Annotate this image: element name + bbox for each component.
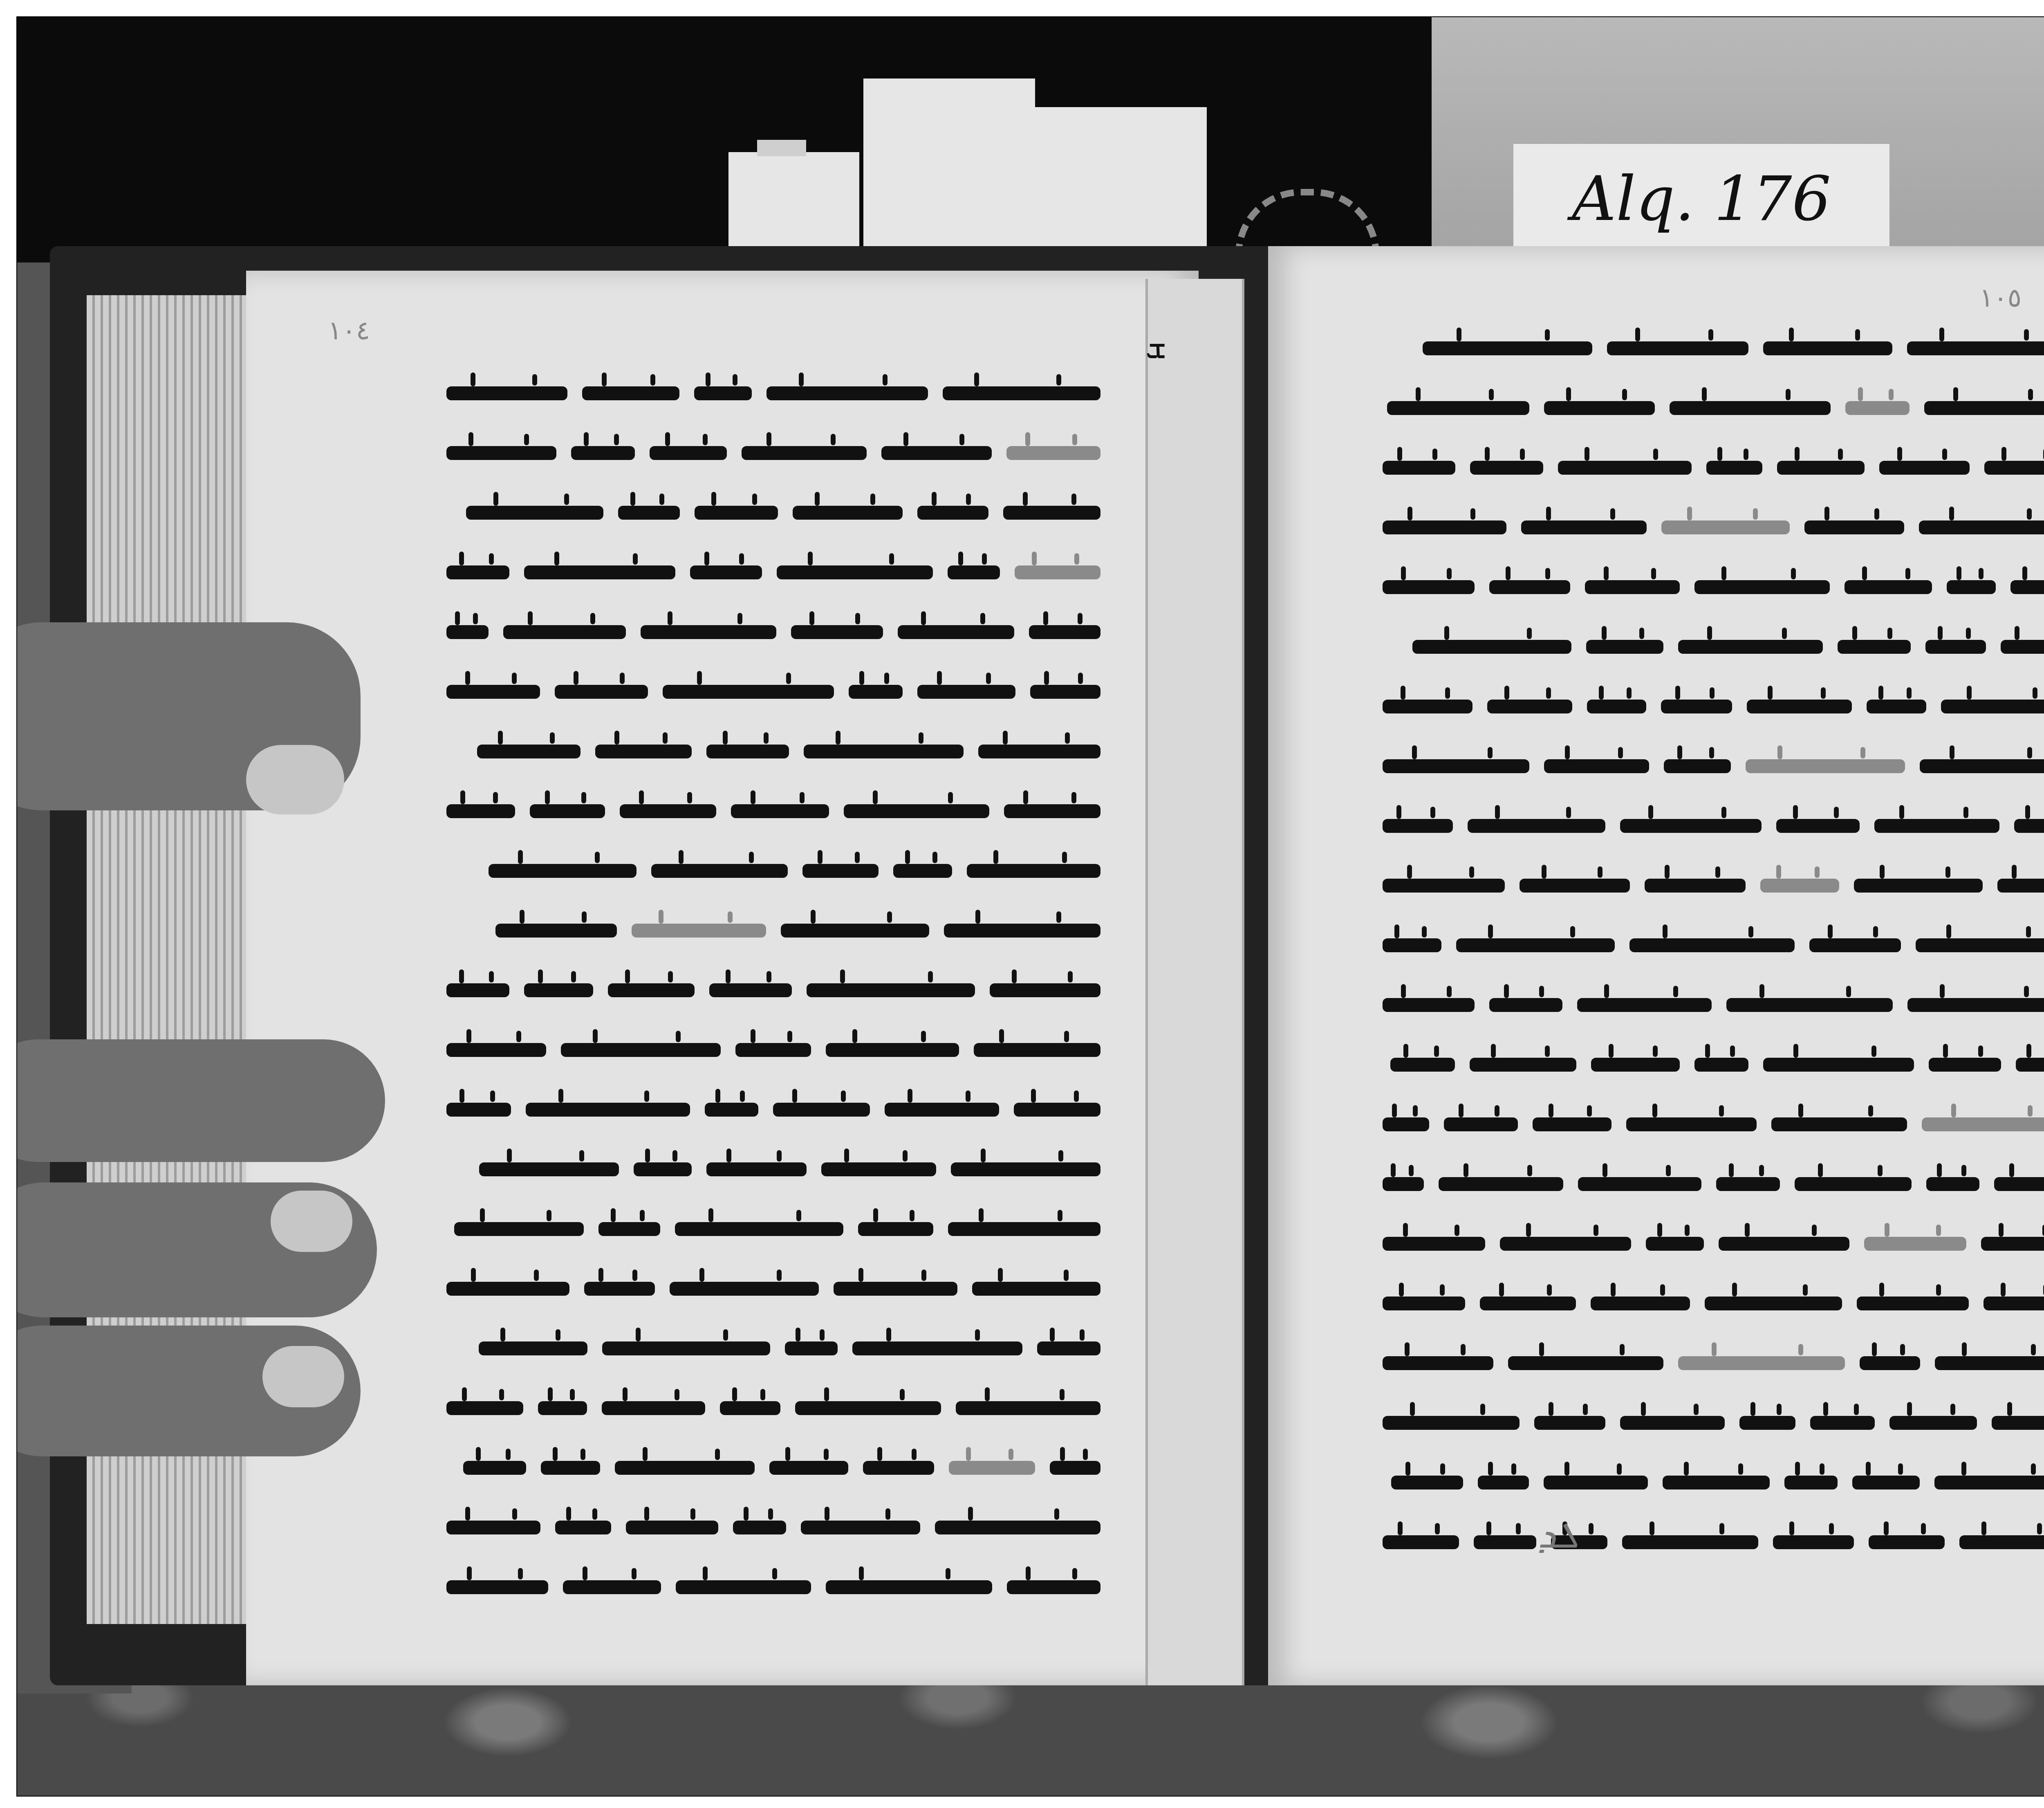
ink-word bbox=[618, 506, 680, 520]
ink-word bbox=[1869, 1535, 1945, 1549]
left-folio-number: ١٠٤ bbox=[328, 316, 370, 346]
ink-word bbox=[446, 685, 540, 699]
ink-word bbox=[615, 1461, 755, 1475]
ink-word bbox=[948, 1222, 1100, 1236]
ink-word bbox=[479, 1341, 587, 1355]
ink-word bbox=[1383, 700, 1472, 713]
quire-mark: ܠܕ bbox=[1538, 1514, 1579, 1557]
ink-word bbox=[1661, 700, 1732, 713]
ink-word bbox=[1941, 700, 2044, 713]
ink-word bbox=[1860, 1356, 1920, 1370]
ink-word bbox=[1784, 1476, 1838, 1489]
ink-word bbox=[935, 1521, 1100, 1534]
ink-word bbox=[1935, 1356, 2044, 1370]
ink-word bbox=[1480, 1297, 1576, 1310]
ink-word bbox=[706, 745, 789, 758]
manuscript-line bbox=[430, 914, 1100, 947]
ink-word bbox=[885, 1103, 999, 1117]
ink-word bbox=[1771, 1117, 1907, 1131]
ink-word bbox=[1544, 759, 1649, 773]
manuscript-line bbox=[430, 1153, 1100, 1186]
ink-word bbox=[670, 1282, 819, 1296]
gutter-guard-strip bbox=[1145, 279, 1244, 1685]
ink-word bbox=[1470, 461, 1543, 475]
rubric-word bbox=[1006, 446, 1100, 460]
ink-word bbox=[705, 1103, 758, 1117]
ink-word bbox=[1947, 580, 1996, 594]
ink-word bbox=[555, 1521, 611, 1534]
rubric-word bbox=[1864, 1237, 1966, 1251]
ink-word bbox=[1678, 640, 1823, 654]
ink-word bbox=[948, 565, 1000, 579]
manuscript-line bbox=[1366, 630, 2044, 663]
ink-word bbox=[1925, 640, 1986, 654]
ink-word bbox=[974, 1043, 1100, 1057]
paper-slip bbox=[1035, 107, 1207, 258]
manuscript-line bbox=[430, 616, 1100, 648]
ink-word bbox=[978, 745, 1100, 758]
ink-word bbox=[2010, 580, 2044, 594]
manuscript-line bbox=[430, 1272, 1100, 1305]
left-text-block bbox=[430, 377, 1100, 1631]
ink-word bbox=[1620, 819, 1762, 833]
shelfmark-text: Alq. 176 bbox=[1572, 164, 1831, 235]
ink-word bbox=[477, 745, 580, 758]
manuscript-line bbox=[1366, 1526, 2044, 1559]
ink-word bbox=[1620, 1416, 1725, 1430]
ink-word bbox=[1004, 804, 1100, 818]
ink-word bbox=[602, 1401, 705, 1415]
rubric-word bbox=[632, 924, 766, 938]
manuscript-line bbox=[430, 1392, 1100, 1424]
manuscript-line bbox=[1366, 869, 2044, 902]
ink-word bbox=[454, 1222, 584, 1236]
ink-word bbox=[1586, 640, 1663, 654]
ink-word bbox=[1705, 1297, 1842, 1310]
ink-word bbox=[524, 565, 675, 579]
ink-word bbox=[695, 506, 778, 520]
ink-word bbox=[720, 1401, 780, 1415]
manuscript-line bbox=[1366, 750, 2044, 783]
ink-word bbox=[1578, 1177, 1701, 1191]
rubric-word bbox=[1661, 520, 1790, 534]
ink-word bbox=[1456, 938, 1615, 952]
ink-word bbox=[1874, 819, 1999, 833]
manuscript-line bbox=[430, 1332, 1100, 1365]
ink-word bbox=[802, 864, 879, 878]
ink-word bbox=[1983, 1297, 2044, 1310]
ink-word bbox=[1591, 1058, 1680, 1072]
ink-word bbox=[917, 506, 988, 520]
ink-word bbox=[1916, 938, 2044, 952]
ink-word bbox=[849, 685, 903, 699]
ink-word bbox=[1487, 700, 1572, 713]
ink-word bbox=[1470, 1058, 1576, 1072]
ink-word bbox=[1907, 341, 2044, 355]
rubric-word bbox=[1746, 759, 1905, 773]
ink-word bbox=[1810, 1416, 1875, 1430]
ink-word bbox=[1694, 580, 1830, 594]
manuscript-line bbox=[430, 974, 1100, 1007]
ink-word bbox=[1037, 1341, 1100, 1355]
ink-word bbox=[1558, 461, 1692, 475]
manuscript-line bbox=[430, 855, 1100, 887]
ink-word bbox=[1383, 520, 1506, 534]
ink-word bbox=[731, 804, 829, 818]
ink-word bbox=[773, 1103, 870, 1117]
ink-word bbox=[1383, 759, 1529, 773]
ink-word bbox=[1520, 879, 1630, 893]
ink-word bbox=[1777, 461, 1865, 475]
ink-word bbox=[1867, 700, 1926, 713]
ink-word bbox=[1804, 520, 1904, 534]
ink-word bbox=[584, 1282, 655, 1296]
ink-word bbox=[1383, 879, 1505, 893]
ink-word bbox=[1994, 1177, 2044, 1191]
ink-word bbox=[524, 983, 593, 997]
paper-slip bbox=[728, 152, 859, 258]
ink-word bbox=[526, 1103, 690, 1117]
ink-word bbox=[2014, 819, 2044, 833]
ink-word bbox=[1577, 998, 1712, 1012]
ink-word bbox=[446, 1282, 569, 1296]
manuscript-line bbox=[1366, 511, 2044, 544]
ink-word bbox=[990, 983, 1100, 997]
ink-word bbox=[663, 685, 834, 699]
ink-word bbox=[1391, 1476, 1463, 1489]
ink-word bbox=[479, 1162, 619, 1176]
ink-word bbox=[694, 386, 752, 400]
ink-word bbox=[651, 864, 788, 878]
ink-word bbox=[1706, 461, 1762, 475]
ink-word bbox=[795, 1401, 941, 1415]
ink-word bbox=[1587, 700, 1646, 713]
ink-word bbox=[1694, 1058, 1748, 1072]
rubric-word bbox=[1678, 1356, 1845, 1370]
ink-word bbox=[1412, 640, 1571, 654]
ink-word bbox=[1646, 1237, 1704, 1251]
ink-word bbox=[1929, 1058, 2001, 1072]
ink-word bbox=[1383, 1297, 1465, 1310]
ink-word bbox=[893, 864, 952, 878]
ink-word bbox=[777, 565, 933, 579]
ink-word bbox=[1383, 819, 1453, 833]
ink-word bbox=[571, 446, 635, 460]
manuscript-line bbox=[430, 496, 1100, 529]
ink-word bbox=[1544, 1476, 1648, 1489]
ink-word bbox=[598, 1222, 660, 1236]
ink-word bbox=[1934, 1476, 2044, 1489]
ink-word bbox=[1997, 879, 2044, 893]
ink-word bbox=[1726, 998, 1893, 1012]
ink-word bbox=[563, 1580, 661, 1594]
ink-word bbox=[1383, 938, 1441, 952]
ink-word bbox=[582, 386, 679, 400]
ink-word bbox=[1809, 938, 1901, 952]
ink-word bbox=[917, 685, 1015, 699]
rubric-word bbox=[1015, 565, 1100, 579]
ink-word bbox=[898, 625, 1014, 639]
ink-word bbox=[675, 1222, 843, 1236]
ink-word bbox=[844, 804, 989, 818]
ink-word bbox=[1444, 1117, 1518, 1131]
ink-word bbox=[881, 446, 992, 460]
ink-word bbox=[1716, 1177, 1780, 1191]
ink-word bbox=[1739, 1416, 1795, 1430]
shelfmark-label: Alq. 176 bbox=[1513, 144, 1889, 254]
ink-word bbox=[804, 745, 964, 758]
photograph: Alq. 176 ١٠٤ ܫ ١٠٥ ܫ ܠܕ bbox=[16, 16, 2044, 1797]
manuscript-line bbox=[1366, 810, 2044, 842]
ink-word bbox=[1474, 1535, 1536, 1549]
ink-word bbox=[446, 804, 515, 818]
ink-word bbox=[555, 685, 648, 699]
ink-word bbox=[742, 446, 867, 460]
ink-word bbox=[1423, 341, 1592, 355]
manuscript-line bbox=[430, 556, 1100, 589]
ink-word bbox=[1670, 401, 1831, 415]
ink-word bbox=[1795, 1177, 1912, 1191]
manuscript-line bbox=[1366, 1227, 2044, 1260]
ink-word bbox=[956, 1401, 1100, 1415]
ink-word bbox=[944, 924, 1100, 938]
ink-word bbox=[1664, 759, 1731, 773]
ink-word bbox=[595, 745, 692, 758]
ink-word bbox=[1383, 1356, 1493, 1370]
ink-word bbox=[791, 625, 883, 639]
ink-word bbox=[446, 446, 556, 460]
ink-word bbox=[1544, 401, 1655, 415]
manuscript-line bbox=[430, 1511, 1100, 1544]
manuscript-line bbox=[1366, 332, 2044, 365]
ink-word bbox=[602, 1341, 770, 1355]
ink-word bbox=[1383, 1237, 1485, 1251]
manuscript-line bbox=[430, 675, 1100, 708]
manuscript-line bbox=[1366, 1466, 2044, 1499]
ink-word bbox=[1992, 1416, 2044, 1430]
manuscript-line bbox=[1366, 1048, 2044, 1081]
manuscript-line bbox=[1366, 392, 2044, 424]
ink-word bbox=[1439, 1177, 1563, 1191]
ink-word bbox=[826, 1043, 959, 1057]
ink-word bbox=[1919, 520, 2044, 534]
ink-word bbox=[446, 386, 567, 400]
ink-word bbox=[1533, 1117, 1611, 1131]
ink-word bbox=[1747, 700, 1852, 713]
left-finger bbox=[16, 1039, 385, 1162]
ink-word bbox=[1854, 879, 1983, 893]
paper-slip bbox=[863, 79, 1035, 258]
ink-word bbox=[1763, 1058, 1914, 1072]
ink-word bbox=[858, 1222, 933, 1236]
fingernail bbox=[271, 1191, 352, 1252]
ink-word bbox=[538, 1401, 587, 1415]
manuscript-line bbox=[430, 377, 1100, 410]
ink-word bbox=[706, 1162, 807, 1176]
paper-slip bbox=[757, 140, 806, 156]
ink-word bbox=[676, 1580, 811, 1594]
manuscript-line bbox=[430, 735, 1100, 768]
ink-word bbox=[1663, 1476, 1770, 1489]
ink-word bbox=[1959, 1535, 2044, 1549]
manuscript-line bbox=[1366, 1168, 2044, 1200]
ink-word bbox=[1773, 1535, 1854, 1549]
ink-word bbox=[495, 924, 617, 938]
ink-word bbox=[1920, 759, 2044, 773]
ink-word bbox=[1387, 401, 1529, 415]
left-head-mark: ܫ bbox=[1145, 328, 1167, 366]
ink-word bbox=[1521, 520, 1647, 534]
ink-word bbox=[1852, 1476, 1920, 1489]
ink-word bbox=[972, 1282, 1100, 1296]
ink-word bbox=[1585, 580, 1680, 594]
ink-word bbox=[1926, 1177, 1979, 1191]
ink-word bbox=[1776, 819, 1860, 833]
ink-word bbox=[541, 1461, 600, 1475]
ink-word bbox=[1763, 341, 1892, 355]
ink-word bbox=[1500, 1237, 1631, 1251]
rubric-word bbox=[949, 1461, 1035, 1475]
ink-word bbox=[1003, 506, 1100, 520]
ink-word bbox=[801, 1521, 920, 1534]
ink-word bbox=[446, 625, 489, 639]
ink-word bbox=[1007, 1580, 1100, 1594]
ink-word bbox=[1383, 1535, 1459, 1549]
ink-word bbox=[834, 1282, 957, 1296]
ink-word bbox=[1622, 1535, 1758, 1549]
ink-word bbox=[446, 983, 509, 997]
ink-word bbox=[807, 983, 975, 997]
ink-word bbox=[1981, 1237, 2044, 1251]
manuscript-line bbox=[1366, 989, 2044, 1021]
fingernail bbox=[262, 1346, 344, 1407]
ink-word bbox=[766, 386, 928, 400]
ink-word bbox=[1907, 998, 2044, 1012]
ink-word bbox=[634, 1162, 692, 1176]
rubric-word bbox=[1760, 879, 1839, 893]
ink-word bbox=[446, 1043, 546, 1057]
manuscript-line bbox=[430, 1093, 1100, 1126]
ink-word bbox=[943, 386, 1100, 400]
ink-word bbox=[446, 565, 509, 579]
ink-word bbox=[1383, 1416, 1520, 1430]
ink-word bbox=[1014, 1103, 1100, 1117]
ink-word bbox=[1383, 580, 1475, 594]
manuscript-line bbox=[430, 795, 1100, 828]
manuscript-line bbox=[1366, 451, 2044, 484]
manuscript-line bbox=[1366, 929, 2044, 962]
manuscript-line bbox=[430, 1571, 1100, 1604]
manuscript-line bbox=[1366, 1287, 2044, 1320]
ink-word bbox=[1984, 461, 2044, 475]
ink-word bbox=[785, 1341, 838, 1355]
ink-word bbox=[489, 864, 637, 878]
ink-word bbox=[1383, 461, 1455, 475]
ink-word bbox=[1924, 401, 2044, 415]
ink-word bbox=[1508, 1356, 1663, 1370]
manuscript-line bbox=[430, 1451, 1100, 1484]
manuscript-line bbox=[1366, 571, 2044, 603]
ink-word bbox=[951, 1162, 1100, 1176]
rubric-word bbox=[1845, 401, 1910, 415]
ink-word bbox=[1383, 1117, 1429, 1131]
ink-word bbox=[1645, 879, 1746, 893]
ink-word bbox=[690, 565, 762, 579]
ink-word bbox=[1383, 1177, 1424, 1191]
ink-word bbox=[446, 1401, 523, 1415]
ink-word bbox=[769, 1461, 848, 1475]
ink-word bbox=[709, 983, 792, 997]
ink-word bbox=[967, 864, 1100, 878]
ink-word bbox=[446, 1103, 511, 1117]
ink-word bbox=[1626, 1117, 1757, 1131]
ink-word bbox=[1489, 580, 1570, 594]
ink-word bbox=[1390, 1058, 1455, 1072]
ink-word bbox=[1845, 580, 1932, 594]
right-folio-number: ١٠٥ bbox=[1979, 283, 2022, 313]
ink-word bbox=[852, 1341, 1022, 1355]
ink-word bbox=[2016, 1058, 2044, 1072]
ink-word bbox=[1719, 1237, 1849, 1251]
ink-word bbox=[446, 1580, 548, 1594]
ink-word bbox=[1534, 1416, 1605, 1430]
ink-word bbox=[1591, 1297, 1690, 1310]
ink-word bbox=[2001, 640, 2044, 654]
ink-word bbox=[793, 506, 903, 520]
manuscript-line bbox=[1366, 1108, 2044, 1141]
manuscript-line bbox=[1366, 1347, 2044, 1380]
manuscript-line bbox=[1366, 690, 2044, 723]
ink-word bbox=[608, 983, 695, 997]
thumbnail bbox=[246, 745, 344, 814]
ink-word bbox=[1383, 998, 1475, 1012]
ink-word bbox=[1857, 1297, 1969, 1310]
ink-word bbox=[463, 1461, 526, 1475]
ink-word bbox=[1889, 1416, 1977, 1430]
ink-word bbox=[1607, 341, 1748, 355]
rubric-word bbox=[1922, 1117, 2044, 1131]
manuscript-line bbox=[430, 1213, 1100, 1245]
ink-word bbox=[1050, 1461, 1100, 1475]
ink-word bbox=[446, 1521, 540, 1534]
manuscript-line bbox=[430, 437, 1100, 469]
ink-word bbox=[530, 804, 605, 818]
ink-word bbox=[1489, 998, 1562, 1012]
ink-word bbox=[863, 1461, 934, 1475]
right-text-block bbox=[1366, 332, 2044, 1586]
ink-word bbox=[1629, 938, 1795, 952]
ink-word bbox=[1838, 640, 1911, 654]
ink-word bbox=[626, 1521, 718, 1534]
ink-word bbox=[1468, 819, 1605, 833]
manuscript-line bbox=[1366, 1406, 2044, 1439]
ink-word bbox=[1478, 1476, 1529, 1489]
ink-word bbox=[733, 1521, 786, 1534]
ink-word bbox=[503, 625, 626, 639]
ink-word bbox=[561, 1043, 721, 1057]
ink-word bbox=[735, 1043, 811, 1057]
ink-word bbox=[1030, 685, 1100, 699]
ink-word bbox=[620, 804, 716, 818]
ink-word bbox=[821, 1162, 936, 1176]
ink-word bbox=[1029, 625, 1100, 639]
ink-word bbox=[466, 506, 603, 520]
manuscript-line bbox=[430, 1034, 1100, 1066]
ink-word bbox=[781, 924, 929, 938]
ink-word bbox=[826, 1580, 992, 1594]
ink-word bbox=[641, 625, 776, 639]
ink-word bbox=[650, 446, 727, 460]
